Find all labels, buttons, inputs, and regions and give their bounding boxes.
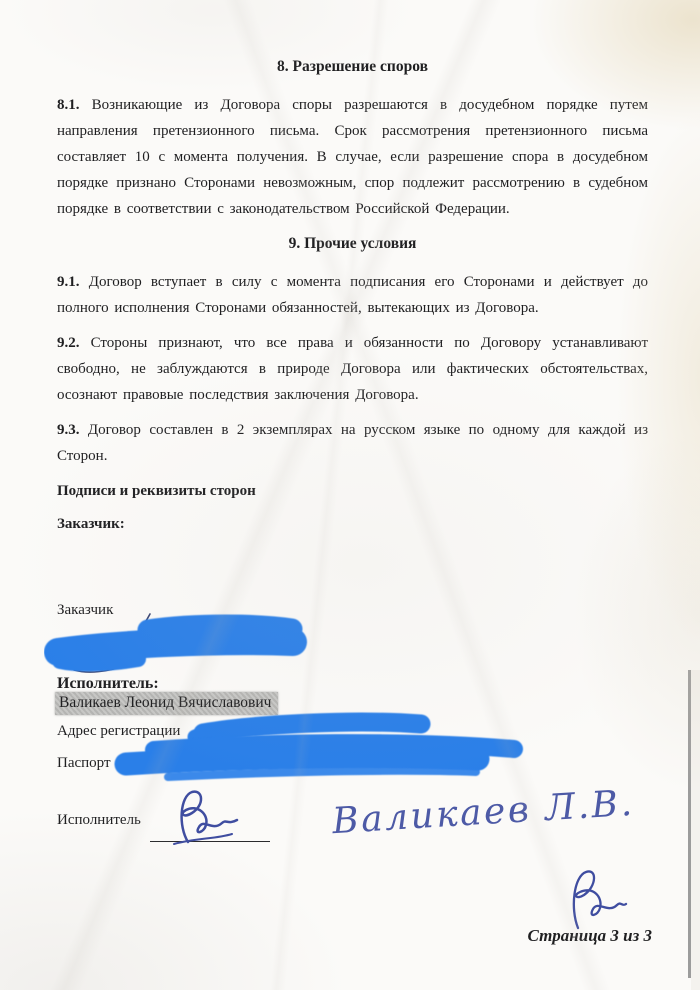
contractor-heading: Исполнитель: [57,675,159,693]
clause-number: 9.3. [57,422,80,438]
clause-text: Договор составлен в 2 экземплярах на рус… [57,422,648,464]
clause-text: Возникающие из Договора споры разрешаютс… [57,97,648,217]
signatures-title: Подписи и реквизиты сторон [57,478,648,504]
clause-9-1: 9.1. Договор вступает в силу с момента п… [57,269,648,321]
passport-label: Паспорт [57,755,111,772]
clause-9-2: 9.2. Стороны признают, что все права и о… [57,330,648,408]
clause-number: 9.1. [57,274,80,290]
clause-number: 9.2. [57,335,80,351]
clause-8-1: 8.1. Возникающие из Договора споры разре… [57,92,648,222]
customer-heading: Заказчик: [57,511,648,537]
customer-redaction-marker [44,606,316,678]
scan-edge-line [688,670,691,978]
clause-text: Стороны признают, что все права и обязан… [57,335,648,403]
page-indicator: Страница 3 из 3 [528,926,653,946]
scan-edge-strip [691,670,700,990]
section-8-heading: 8. Разрешение споров [57,54,648,80]
document-body: 8. Разрешение споров 8.1. Возникающие из… [0,0,700,537]
clause-number: 8.1. [57,97,80,113]
handwritten-contractor-name: Валикаев Л.В. [331,783,636,842]
clause-text: Договор вступает в силу с момента подпис… [57,274,648,316]
clause-9-3: 9.3. Договор составлен в 2 экземплярах н… [57,417,648,469]
passport-redaction-marker [106,732,536,786]
contractor-signature [158,784,268,848]
document-page: 8. Разрешение споров 8.1. Возникающие из… [0,0,700,990]
section-9-heading: 9. Прочие условия [57,231,648,257]
contractor-sign-line-label: Исполнитель [57,812,141,829]
